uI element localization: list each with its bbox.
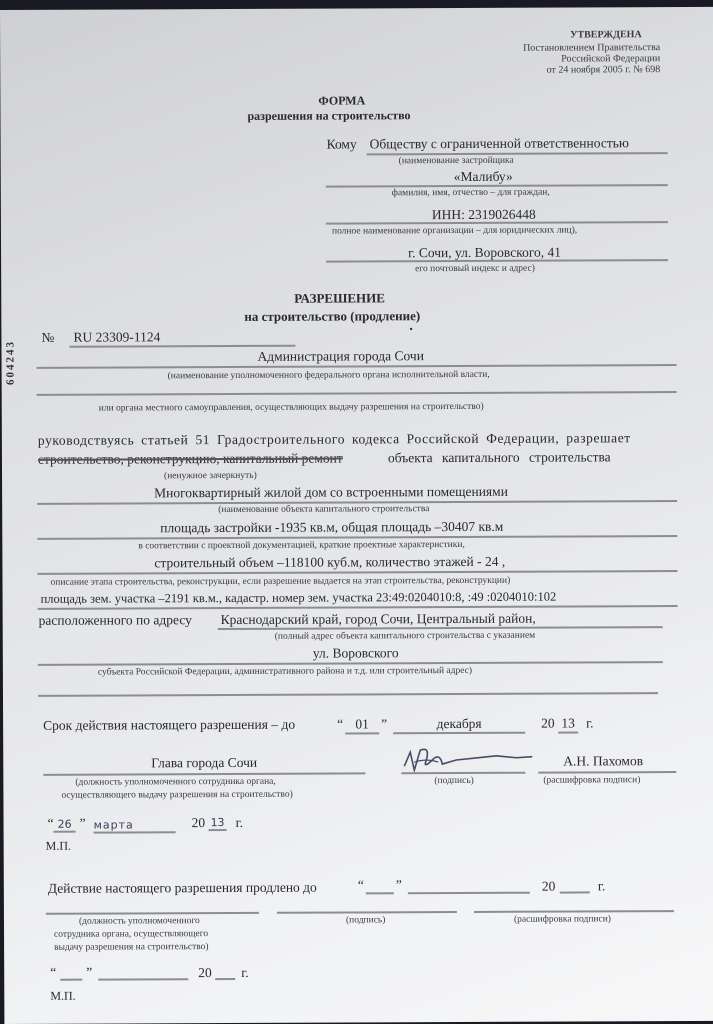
addressee-caption2: фамилия, имя, отчество – для граждан, [392,188,550,199]
extension-seal-mark: М.П. [50,989,75,1004]
signatory-name: А.Н. Пахомов [563,753,643,769]
approval-line2: Российской Федерации [489,53,660,65]
signatory-position-caption2: осуществляющего выдачу разрешения на стр… [61,790,292,801]
strike-caption: (ненужное зачеркнуть) [164,471,257,481]
extension-signature-caption: (подпись) [346,915,385,925]
address-caption2: субъекта Российской Федерации, администр… [98,666,472,678]
validity-month: декабря [393,716,525,735]
validity-year-unit: г. [586,715,593,731]
object-name: Многоквартирный жилой дом со встроенными… [154,484,508,502]
issuer-name: Администрация города Сочи [257,348,423,365]
issue-year-suffix: 13 [209,816,227,831]
dot-mark: • [409,324,413,335]
extension-position-caption2: сотрудника органа, осуществляющего [54,929,208,940]
extension-label: Действие настоящего разрешения продлено … [48,880,317,897]
issue-month: марта [94,818,176,833]
issue-day: 26 [54,818,76,833]
validity-year-prefix: 20 [541,716,555,732]
permit-number: RU 23309-1124 [73,329,160,345]
approval-line3: от 24 ноября 2005 г. № 698 [489,64,660,76]
validity-quote-open: “ [337,717,343,733]
stage-caption: описание этапа строительства, реконструк… [50,576,510,588]
issuer-caption1: (наименование уполномоченного федерально… [168,370,490,381]
extension-year-field [560,891,590,893]
issue-year-prefix: 20 [192,815,206,831]
extension-date-day-field [60,979,82,981]
located-value: Краснодарский край, город Сочи, Централь… [221,611,536,628]
located-label: расположенного по адресу [39,612,192,629]
validity-quote-close: ” [381,716,387,732]
extension-quote-open: “ [358,877,364,893]
issue-seal-mark: М.П. [46,839,71,854]
permit-document: УТВЕРЖДЕНА Постановлением Правительства … [0,7,713,1024]
extension-year-prefix: 20 [542,879,556,895]
validity-label: Срок действия настоящего разрешения – до [43,717,295,734]
extension-quote-close: ” [396,877,402,893]
extension-position-caption1: (должность уполномоченного [79,916,200,927]
extension-month-field [408,892,530,895]
permit-number-label: № [41,330,54,346]
permit-title: РАЗРЕШЕНИЕ [294,290,385,306]
addressee-caption3: полное наименование организации – для юр… [332,225,577,236]
extension-date-year-unit: г. [241,965,248,981]
approval-line1: Постановлением Правительства [489,42,660,54]
form-subtitle: разрешения на строительство [247,108,410,124]
body-struck-options: строительство, реконструкцию, капитальны… [38,451,343,468]
signatory-position: Глава города Сочи [151,755,257,771]
permit-subtitle: на строительство (продление) [244,308,420,325]
extension-name-caption: (расшифровка подписи) [514,914,611,924]
extension-position-caption3: выдачу разрешения на строительство) [54,942,209,953]
addressee-label: Кому [327,136,357,152]
addressee-name-line1: Обществу с ограниченной ответственностью [370,135,629,152]
object-caption: (наименование объекта капитального строи… [218,504,429,515]
extension-date-quote-open: “ [50,965,56,981]
extension-date-year-prefix: 20 [198,965,212,981]
area-line: площадь застройки -1935 кв.м, общая площ… [160,519,503,536]
addressee-inn: ИНН: 2319026448 [432,207,536,223]
volume-line: строительный объем –118100 куб.м, количе… [154,554,505,572]
body-line2-rest: объекта капитального строительства [388,449,611,466]
signature-caption: (подпись) [434,776,473,786]
form-title: ФОРМА [318,93,365,108]
address-value2: ул. Воровского [313,645,399,661]
extension-date-month-field [98,978,188,980]
issue-quote-close: ” [80,816,86,832]
addressee-name-line2: «Малибу» [454,169,513,185]
land-line: площадь зем. участка –2191 кв.м., кадаст… [41,590,557,607]
issuer-caption2: или органа местного самоуправления, осущ… [99,402,484,414]
signatory-position-caption1: (должность уполномоченного сотрудника ор… [75,777,275,788]
area-caption: в соответствии с проектной документацией… [138,540,465,551]
extension-date-year-field [215,978,235,980]
address-caption1: (полный адрес объекта капитального строи… [275,631,535,642]
extension-day-field [366,892,394,894]
extension-date-quote-close: ” [86,965,92,981]
side-stamp-number: 604243 [4,340,16,385]
signatory-name-caption: (расшифровка подписи) [543,775,640,785]
addressee-caption4: его почтовый индекс и адрес) [415,264,535,275]
extension-year-unit: г. [598,878,605,894]
approval-title: УТВЕРЖДЕНА [570,29,642,40]
body-line1: руководствуясь статьей 51 Градостроитель… [38,430,631,449]
issue-year-unit: г. [236,815,243,831]
validity-year-suffix: 13 [558,715,578,733]
validity-day: 01 [345,716,379,734]
addressee-caption1: (наименование застройщика [399,156,514,167]
